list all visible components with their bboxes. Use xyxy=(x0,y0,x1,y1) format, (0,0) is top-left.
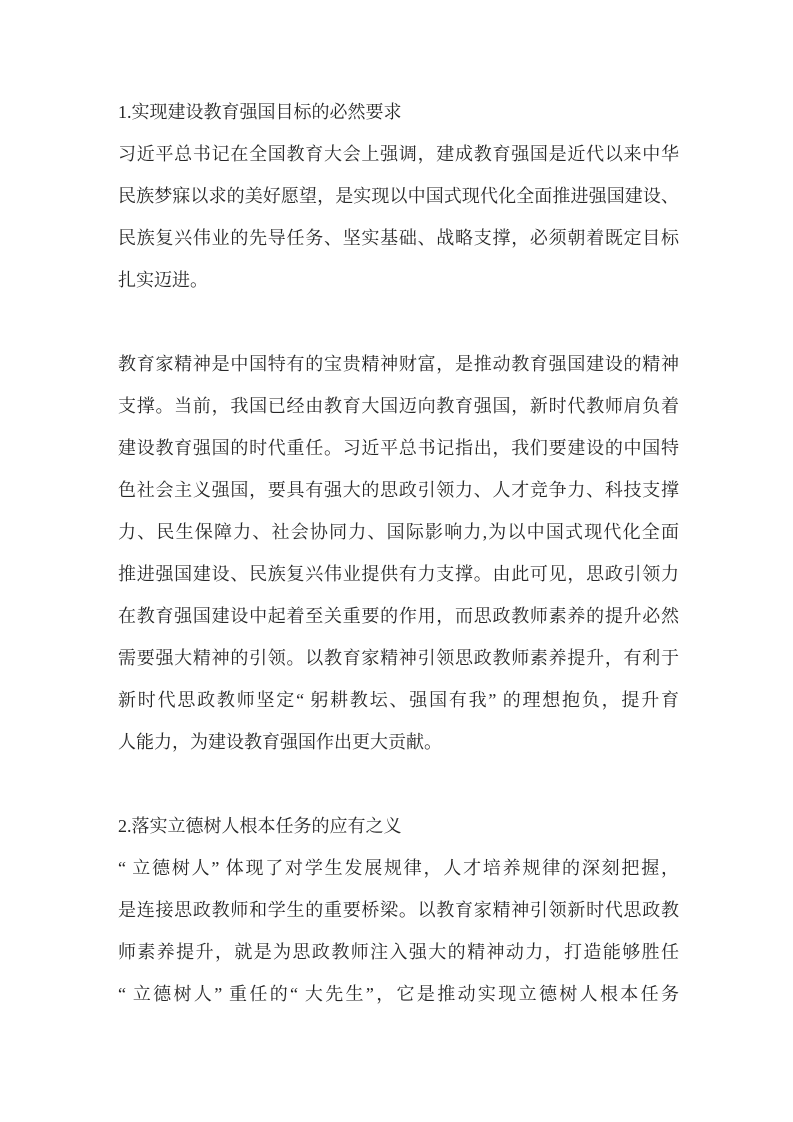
paragraph-2-line-7: 在教育强国建设中起着至关重要的作用，而思政教师素养的提升必然 xyxy=(118,595,679,637)
paragraph-2-line-9: 新时代思政教师坚定“ 躬耕教坛、强国有我” 的理想抱负，提升育 xyxy=(118,679,679,721)
paragraph-1-line-1: 习近平总书记在全国教育大会上强调，建成教育强国是近代以来中华 xyxy=(118,133,679,175)
paragraph-3-line-3: 师素养提升，就是为思政教师注入强大的精神动力，打造能够胜任 xyxy=(118,931,679,973)
paragraph-2-line-2: 支撑。当前，我国已经由教育大国迈向教育强国，新时代教师肩负着 xyxy=(118,385,679,427)
paragraph-3-line-1: “ 立德树人” 体现了对学生发展规律，人才培养规律的深刻把握， xyxy=(118,847,679,889)
paragraph-1-line-3: 民族复兴伟业的先导任务、坚实基础、战略支撑，必须朝着既定目标 xyxy=(118,217,679,259)
paragraph-1: 习近平总书记在全国教育大会上强调，建成教育强国是近代以来中华 民族梦寐以求的美好… xyxy=(118,133,679,301)
paragraph-1-line-4: 扎实迈进。 xyxy=(118,259,679,301)
paragraph-2-line-1: 教育家精神是中国特有的宝贵精神财富，是推动教育强国建设的精神 xyxy=(118,343,679,385)
paragraph-2-line-4: 色社会主义强国，要具有强大的思政引领力、人才竞争力、科技支撑 xyxy=(118,469,679,511)
paragraph-3: “ 立德树人” 体现了对学生发展规律，人才培养规律的深刻把握， 是连接思政教师和… xyxy=(118,847,679,1015)
section-heading-1: 1.实现建设教育强国目标的必然要求 xyxy=(118,91,679,133)
blank-line-1 xyxy=(118,301,679,343)
paragraph-1-line-2: 民族梦寐以求的美好愿望，是实现以中国式现代化全面推进强国建设、 xyxy=(118,175,679,217)
paragraph-2-line-5: 力、民生保障力、社会协同力、国际影响力,为以中国式现代化全面 xyxy=(118,511,679,553)
section-heading-2: 2.落实立德树人根本任务的应有之义 xyxy=(118,805,679,847)
paragraph-2: 教育家精神是中国特有的宝贵精神财富，是推动教育强国建设的精神 支撑。当前，我国已… xyxy=(118,343,679,763)
blank-line-2 xyxy=(118,763,679,805)
paragraph-2-line-6: 推进强国建设、民族复兴伟业提供有力支撑。由此可见，思政引领力 xyxy=(118,553,679,595)
paragraph-3-line-2: 是连接思政教师和学生的重要桥梁。以教育家精神引领新时代思政教 xyxy=(118,889,679,931)
document-page: 1.实现建设教育强国目标的必然要求 习近平总书记在全国教育大会上强调，建成教育强… xyxy=(0,0,793,1122)
paragraph-2-line-10: 人能力，为建设教育强国作出更大贡献。 xyxy=(118,721,679,763)
paragraph-2-line-3: 建设教育强国的时代重任。习近平总书记指出，我们要建设的中国特 xyxy=(118,427,679,469)
paragraph-3-line-4: “ 立德树人” 重任的“ 大先生”，它是推动实现立德树人根本任务 xyxy=(118,973,679,1015)
paragraph-2-line-8: 需要强大精神的引领。以教育家精神引领思政教师素养提升，有利于 xyxy=(118,637,679,679)
